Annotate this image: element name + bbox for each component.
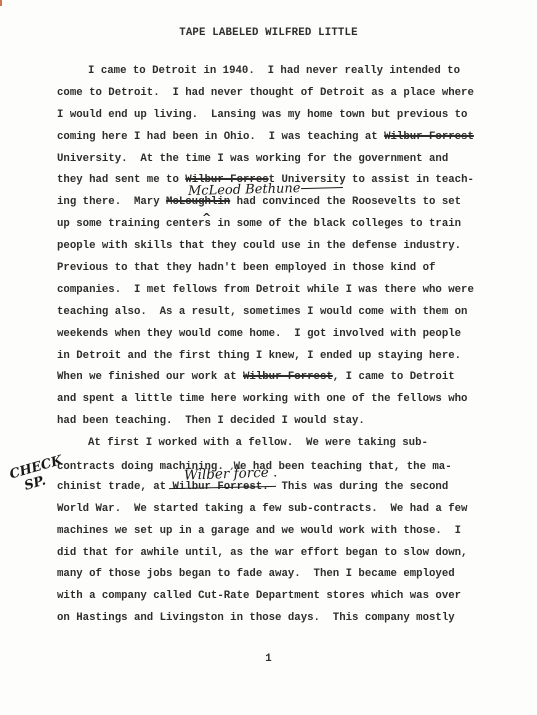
typed-text: people with skills that they could use i… [57, 240, 461, 252]
typed-line: At first I worked with a fellow. We were… [57, 433, 487, 455]
typed-line: coming here I had been in Ohio. I was te… [57, 127, 487, 149]
strikethrough-text: Wilbur Forrest [243, 371, 333, 383]
typed-line: teaching also. As a result, sometimes I … [57, 302, 487, 324]
insertion-caret-mark: ^ [202, 207, 211, 229]
document-page: TAPE LABELED WILFRED LITTLE I came to De… [0, 0, 537, 715]
typed-line: machines we set up in a garage and we wo… [57, 521, 487, 543]
typed-text: on Hastings and Livingston in those days… [57, 612, 455, 624]
typed-line: companies. I met fellows from Detroit wh… [57, 280, 487, 302]
typed-line: weekends when they would come home. I go… [57, 324, 487, 346]
typed-line: with a company called Cut-Rate Departmen… [57, 586, 487, 608]
typed-text: University. At the time I was working fo… [57, 153, 448, 165]
typed-text: companies. I met fellows from Detroit wh… [57, 284, 474, 296]
typed-text: weekends when they would come home. I go… [57, 328, 461, 340]
typed-line: chinist trade, at Wilbur Forrest.Wilber … [57, 477, 487, 499]
typed-text: teaching also. As a result, sometimes I … [57, 306, 467, 318]
handwritten-correction-mcleod-bethune: McLeod Bethune [188, 177, 344, 203]
typed-text: , I came to Detroit [333, 371, 455, 383]
typed-line: up some training centers in some of the … [57, 214, 487, 236]
strikethrough-text: Wilbur Forrest [384, 131, 474, 143]
transcript-body: I came to Detroit in 1940. I had never r… [57, 61, 487, 630]
typed-text: chinist trade, at [57, 481, 172, 493]
typed-text: ing there. Mary [57, 196, 166, 208]
typed-line: in Detroit and the first thing I knew, I… [57, 346, 487, 368]
handwritten-correction-wilberforce: Wilber force . [184, 462, 278, 487]
typed-text: This was during the second [269, 481, 449, 493]
handwriting-trailing-stroke [301, 187, 343, 189]
typed-text: in Detroit and the first thing I knew, I… [57, 350, 461, 362]
typed-line: many of those jobs began to fade away. T… [57, 564, 487, 586]
scan-artifact-mark [0, 0, 2, 6]
typed-text: with a company called Cut-Rate Departmen… [57, 590, 461, 602]
typed-text: many of those jobs began to fade away. T… [57, 568, 455, 580]
typed-line: When we finished our work at Wilbur Forr… [57, 367, 487, 389]
typed-line: and spent a little time here working wit… [57, 389, 487, 411]
typed-line: people with skills that they could use i… [57, 236, 487, 258]
typed-line: World War. We started taking a few sub-c… [57, 499, 487, 521]
typed-line: had been teaching. Then I decided I woul… [57, 411, 487, 433]
typed-line: did that for awhile until, as the war ef… [57, 543, 487, 565]
typed-text: When we finished our work at [57, 371, 243, 383]
typed-text: up some training centers in some of the … [57, 218, 461, 230]
typed-text: Previous to that they hadn't been employ… [57, 262, 435, 274]
typed-text: machines we set up in a garage and we wo… [57, 525, 461, 537]
typed-text: I would end up living. Lansing was my ho… [57, 109, 467, 121]
typed-text: come to Detroit. I had never thought of … [57, 87, 474, 99]
typed-line: I would end up living. Lansing was my ho… [57, 105, 487, 127]
typed-line: ing there. Mary McLoughlinMcLeod Bethune… [57, 192, 487, 214]
typed-text: At first I worked with a fellow. We were… [88, 437, 428, 449]
typed-text: they had sent me to [57, 174, 185, 186]
typed-text: I came to Detroit in 1940. I had never r… [88, 65, 460, 77]
strikethrough-text: McLoughlinMcLeod Bethune^ [166, 196, 230, 208]
typed-text: coming here I had been in Ohio. I was te… [57, 131, 384, 143]
typed-line: on Hastings and Livingston in those days… [57, 608, 487, 630]
typed-text: and spent a little time here working wit… [57, 393, 467, 405]
typed-line: come to Detroit. I had never thought of … [57, 83, 487, 105]
strikethrough-text: Wilbur Forrest.Wilber force . [172, 481, 268, 493]
typed-text: had been teaching. Then I decided I woul… [57, 415, 365, 427]
typed-text: World War. We started taking a few sub-c… [57, 503, 467, 515]
typed-line: University. At the time I was working fo… [57, 149, 487, 171]
typed-line: Previous to that they hadn't been employ… [57, 258, 487, 280]
typed-text: did that for awhile until, as the war ef… [57, 547, 467, 559]
page-number: 1 [0, 653, 537, 665]
page-title: TAPE LABELED WILFRED LITTLE [0, 27, 537, 39]
typed-line: I came to Detroit in 1940. I had never r… [57, 61, 487, 83]
